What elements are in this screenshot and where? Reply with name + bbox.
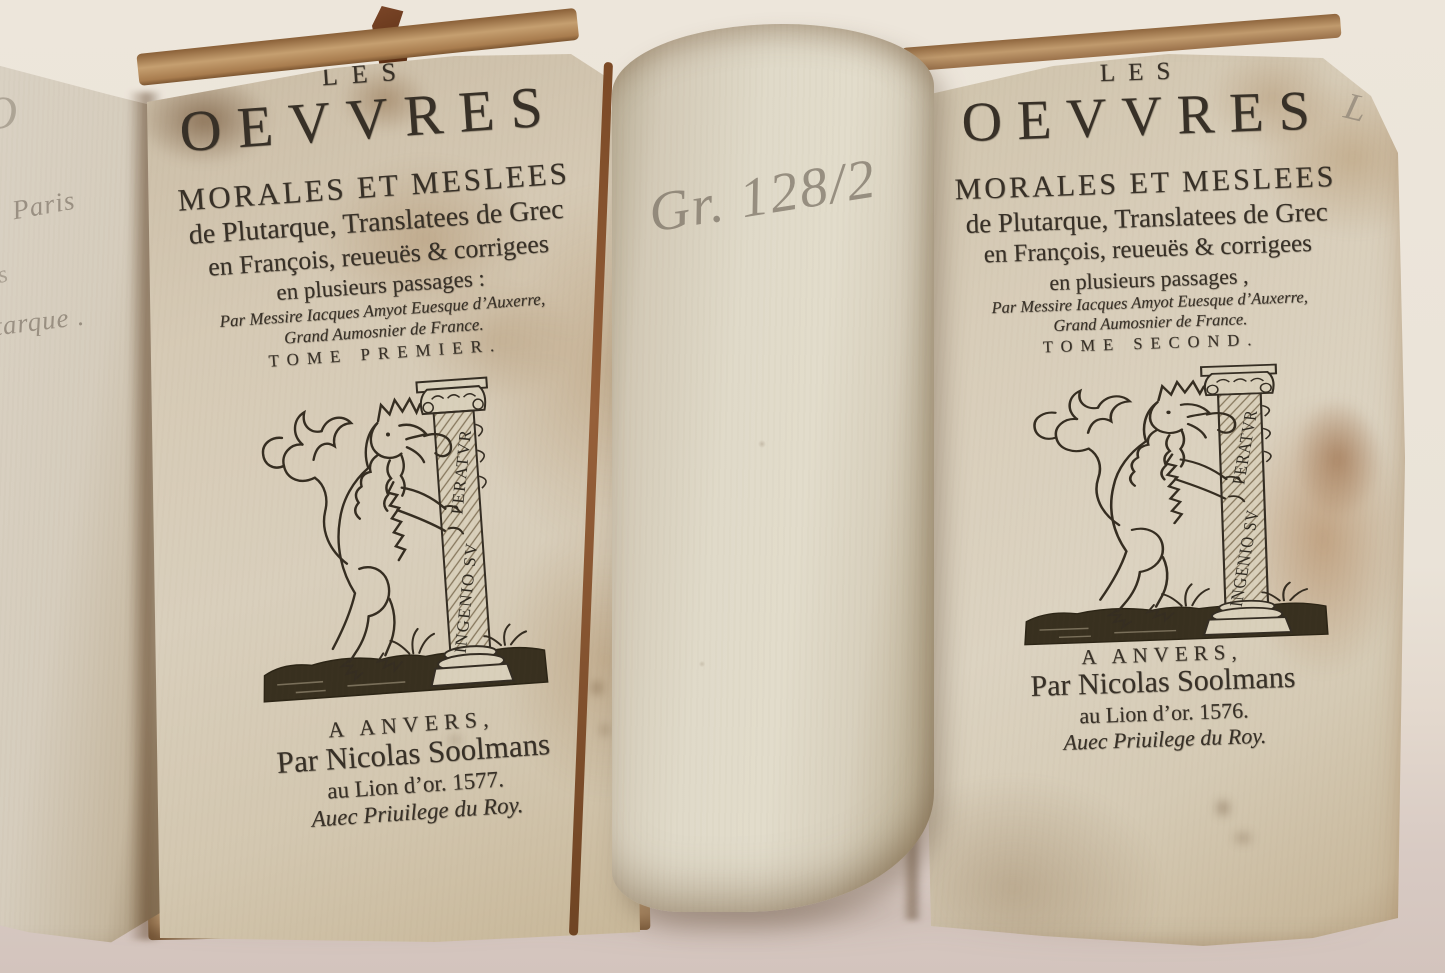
pencil-note: Paris xyxy=(10,185,78,227)
printer-device-lion-and-column-woodcut: INGENIO SV PERATVR xyxy=(1007,350,1337,656)
right-title-page-content: LES OEVVRES MORALES ET MESLEES de Plutar… xyxy=(896,30,1418,965)
right-book-blank-verso-page: Gr. 128/2 xyxy=(612,24,934,912)
pencil-shelfmark: Gr. 128/2 xyxy=(644,146,881,245)
photo-of-antique-books: O Paris s tarque . LES OEVVRES MORALES E… xyxy=(0,0,1445,973)
printer-device-lion-and-column-woodcut: INGENIO SV PERATVR xyxy=(234,360,557,715)
right-book-title-page: L LES OEVVRES MORALES ET MESLEES de Plut… xyxy=(893,38,1418,956)
pencil-note: s xyxy=(0,261,12,290)
pencil-note: O xyxy=(0,84,21,140)
left-book-title-page: LES OEVVRES MORALES ET MESLEES de Plutar… xyxy=(135,40,650,945)
pencil-note: tarque . xyxy=(0,301,87,343)
lion-figure xyxy=(1033,380,1248,630)
